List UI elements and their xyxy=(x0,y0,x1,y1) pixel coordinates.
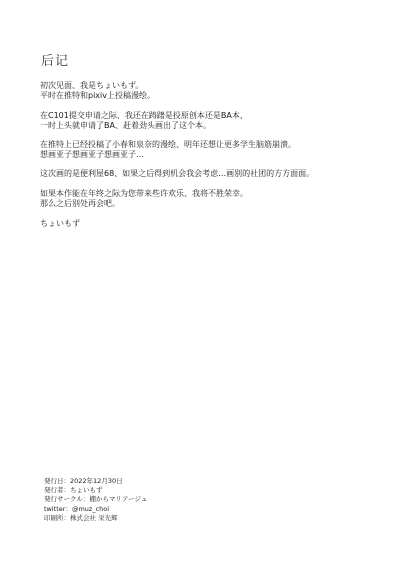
colophon-printer: 印刷所：株式会社 栄光辉 xyxy=(44,514,147,523)
text-line: 在推特上已经投稿了小春和泉奈的漫绘、明年还想让更多学生脑筋崩溃。 xyxy=(40,140,296,150)
colophon-label: twitter： xyxy=(44,505,72,513)
colophon-twitter: twitter：@muz_choi xyxy=(44,505,147,514)
colophon: 発行日：2022年12月30日 発行者：ちょいもず 発行サークル：棚からマリアー… xyxy=(44,477,147,523)
colophon-value: @muz_choi xyxy=(72,505,109,513)
page-title: 后记 xyxy=(41,55,69,69)
colophon-value: 株式会社 栄光辉 xyxy=(70,514,118,522)
text-line: 那么之后别处再会吧。 xyxy=(40,199,120,209)
text-line: 如果本作能在年终之际为您带来些许欢乐、我将不胜荣幸。 xyxy=(40,189,248,199)
colophon-label: 印刷所： xyxy=(44,514,70,522)
text-line: 这次画的是便利屋68、如果之后得到机会我会考虑…画别的社团的方方面面。 xyxy=(40,169,314,179)
text-line: 初次见面、我是ちょいもず。 xyxy=(40,81,143,91)
colophon-value: ちょいもず xyxy=(70,486,103,494)
colophon-publish-date: 発行日：2022年12月30日 xyxy=(44,477,147,486)
colophon-label: 発行日： xyxy=(44,477,70,485)
colophon-label: 発行者： xyxy=(44,486,70,494)
text-line: 想画亚子想画亚子想画亚子… xyxy=(40,150,144,160)
text-line: 平时在推特和pixiv上投稿漫绘。 xyxy=(40,91,155,101)
afterword-page: 后记 初次见面、我是ちょいもず。 平时在推特和pixiv上投稿漫绘。 在C101… xyxy=(0,0,400,562)
author-signature: ちょいもず xyxy=(40,219,80,229)
colophon-circle: 発行サークル：棚からマリアージュ xyxy=(44,495,147,504)
colophon-value: 棚からマリアージュ xyxy=(89,495,147,503)
text-line: 在C101提交申请之际、我还在踌躇是投原创本还是BA本、 xyxy=(40,111,248,121)
colophon-label: 発行サークル： xyxy=(44,495,89,503)
colophon-publisher: 発行者：ちょいもず xyxy=(44,486,147,495)
colophon-value: 2022年12月30日 xyxy=(70,477,123,485)
text-line: 一时上头就申请了BA、赶着劲头画出了这个本。 xyxy=(40,121,211,131)
